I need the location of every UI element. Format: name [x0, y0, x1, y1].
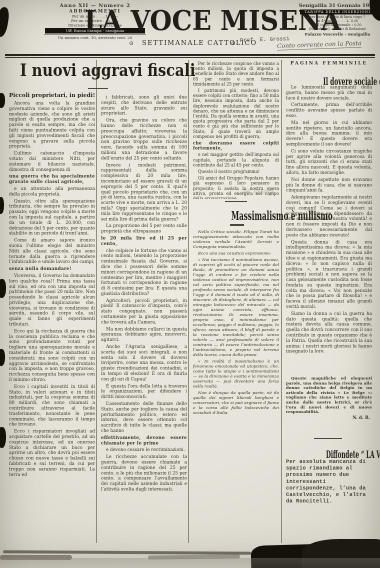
paragraph: La proporzione del 5 per cento sulle pro… — [101, 224, 187, 235]
paragraph: Agricoltori, piccoli proprietari, in pie… — [101, 298, 187, 325]
column-rule — [281, 60, 282, 543]
column-1: Ancora una volta la grandine governativa… — [9, 101, 95, 545]
column-2: i fabbricati, sono gli unici due cespiti… — [101, 95, 187, 545]
column-3-quote-text: Nella Critica sociale, Filippo Turati ha… — [193, 229, 279, 415]
paragraph: Anche l’Agraria senigalliese, a scorta d… — [101, 345, 187, 383]
paragraph: e devono cessare le recriminazioni. — [101, 448, 187, 453]
column-1-text: Ancora una volta la grandine governativa… — [9, 101, 95, 478]
editor-note-signature: N. d. R. — [286, 416, 372, 421]
paragraph: Questo il nostro programma! — [193, 169, 279, 174]
paragraph: Siamo la donna a cui la guerra ha dato q… — [286, 311, 372, 354]
editor-note-text: Queste magnifiche ed eloquenti parole, u… — [286, 376, 372, 414]
ink-blot — [0, 349, 5, 366]
paragraph: Questa donna di casa era intelligentissi… — [286, 240, 372, 310]
paragraph: Non è dunque da quella parte, nè da quel… — [193, 390, 279, 415]
paragraph: È questa l’ora della lotta a traverso le… — [101, 384, 187, 400]
tariff-title-bar: TARIFFA DELLE INSERZIONI — [300, 10, 375, 15]
article-headline-fiscali: I nuovi aggravi fiscali — [8, 61, 188, 87]
paragraph: e un attentato alla permanenza della pic… — [9, 186, 95, 197]
column-2-text: i fabbricati, sono gli unici due cespiti… — [101, 95, 187, 492]
ink-blot — [0, 427, 6, 448]
paragraph: L’assestamento delle finanze dello Stato… — [101, 402, 187, 434]
article-subhead: Piccoli proprietari, in piedi! — [9, 92, 95, 100]
date-line: Senigallia 31 Gennaio 1920 — [298, 3, 377, 9]
ink-blot — [0, 93, 5, 108]
paragraph: Ecco una sua caustica espressione: — [193, 251, 279, 256]
column-3-top-text: Per le ricchezze cospicue che vanno a ce… — [193, 61, 279, 199]
paragraph: « In realtà il massimalismo è un fenomen… — [193, 359, 279, 389]
masthead-divider-rule — [5, 54, 375, 56]
torn-edge-strip — [0, 558, 380, 568]
article-headline-massimalismo: Massimalismo è nullismo — [193, 205, 279, 222]
paragraph: le 20 mila lire ed il 25 per cento, — [101, 236, 187, 247]
paragraph: Ma non dobbiamo cullarci in questa spera… — [101, 327, 187, 343]
paragraph: I patrimoni più modesti, devono essere c… — [193, 88, 279, 139]
paragraph: che colpisce le fortune che vanno ai cen… — [101, 248, 187, 297]
paragraph: i fabbricati, sono gli unici due cespiti… — [101, 95, 187, 117]
paragraph: L’ultimo catenaccio d’imposta votato dal… — [9, 151, 95, 173]
paragraph: Ecco i capitali investiti in titoli di S… — [9, 384, 95, 427]
paragraph: Ma nel giorno in cui abbiamo sentito rip… — [286, 120, 372, 147]
masthead-divider-rule-thin — [5, 57, 375, 58]
paragraph: Viceversa, il Governo ha domandato loro … — [9, 273, 95, 327]
paragraph: Ecco qui la ricchezza di guerra che la c… — [9, 329, 95, 383]
paragraph: Noi donne aspettate non eravamo più le d… — [286, 177, 372, 193]
paragraph: Ci sono volute circostanze tragiche per … — [286, 149, 372, 176]
section-divider-rule — [314, 438, 342, 439]
tariff-lines: per linea o spazio di linea corpo 7In 4ª… — [298, 15, 377, 31]
paragraph: Queste magnifiche ed eloquenti parole, u… — [286, 376, 372, 414]
paragraph: Le luminosità sanguinanti della guerra, … — [286, 85, 372, 101]
torn-edge-line — [3, 550, 251, 554]
ink-blot — [0, 6, 10, 38]
column-3-bottom: Nella Critica sociale, Filippo Turati ha… — [193, 229, 279, 541]
column-rule — [188, 60, 189, 543]
column-4: Le luminosità sanguinanti della guerra, … — [286, 85, 372, 375]
paragraph: Certamente, prima dell’orribile conflitt… — [286, 103, 372, 119]
printer-ornament-icon: ⊙ — [129, 40, 134, 47]
headline-underline-rule — [230, 224, 244, 226]
paragraph: Adempivamo regolarmente ai nostri doveri… — [286, 195, 372, 238]
newspaper-page: Anno XII — Numero 2 ABBONAMENTI Per un a… — [0, 0, 380, 568]
paragraph: Le ricchezze accumulate con la guerra, d… — [101, 455, 187, 493]
newspaper-title: LA VOCE MISENA — [76, 6, 312, 37]
ink-blot — [0, 279, 6, 298]
ink-blot — [0, 197, 4, 214]
paragraph: una guerra che ha specialmente gravato s… — [9, 174, 95, 185]
paragraph: Nella Critica sociale, Filippo Turati ha… — [193, 229, 279, 249]
masthead-right-block: Senigallia 31 Gennaio 1920 TARIFFA DELLE… — [298, 3, 377, 50]
column-4-text: Le luminosità sanguinanti della guerra, … — [286, 85, 372, 355]
article-headline-donna: Il dovere sociale della donna — [286, 70, 372, 84]
address-line: Palazzo Vescovile - Senigallia — [298, 32, 377, 37]
paragraph: (Necrologie) — Uffici di Redazione — [298, 27, 377, 31]
column-3-top: Per le ricchezze cospicue che vanno a ce… — [193, 61, 279, 199]
paragraph: Ancora una volta la grandine governativa… — [9, 101, 95, 150]
space-notice-block: Per assoluta mancanza di spazio rimandia… — [286, 459, 372, 523]
ink-bleed-text: Quei sc — [208, 186, 274, 196]
paragraph: che dovranno essere colpiti fortemente, — [193, 141, 279, 151]
editor-note-block: Queste magnifiche ed eloquenti parole, u… — [286, 376, 372, 434]
promo-diffondete: Diffondete “ LA VOCE MISENA „ — [286, 443, 372, 455]
column-rule — [96, 60, 97, 543]
section-divider-rule — [225, 201, 247, 202]
subhead-text: Piccoli proprietari, in piedi! — [9, 92, 95, 99]
paragraph: Questo, oltre alla sperequazione tributa… — [9, 199, 95, 237]
headline-ornament-rule — [88, 88, 108, 89]
printer-ornament-icon: ⊙ — [231, 40, 236, 47]
section-kicker: PAGINA FEMMINILE — [286, 61, 372, 69]
paragraph: Per le ricchezze cospicue che vanno a ce… — [193, 61, 279, 87]
paragraph: e nel maggior gettito dell’imposta sul c… — [193, 152, 279, 167]
paragraph: Come di amaro sapore ironico suona l’ult… — [9, 238, 95, 265]
paragraph: Invece i modesti patrimoni, rappresentat… — [101, 163, 187, 222]
paragraph: effettivamente, devono essere chiamate p… — [101, 435, 187, 446]
space-notice-text: Per assoluta mancanza di spazio rimandia… — [286, 459, 372, 505]
paragraph: Ora, che gravino su coloro che hanno del… — [101, 118, 187, 161]
paragraph: Ecco i risparmiatori invogliati ad acqui… — [9, 429, 95, 478]
headline-text: I nuovi aggravi fiscali — [20, 61, 195, 80]
kicker-text: PAGINA FEMMINILE — [290, 61, 367, 66]
paragraph: « Noi tacciamo il nominalismo ascoso, di… — [193, 257, 279, 357]
paragraph: senza nulla domandare! — [9, 267, 95, 272]
